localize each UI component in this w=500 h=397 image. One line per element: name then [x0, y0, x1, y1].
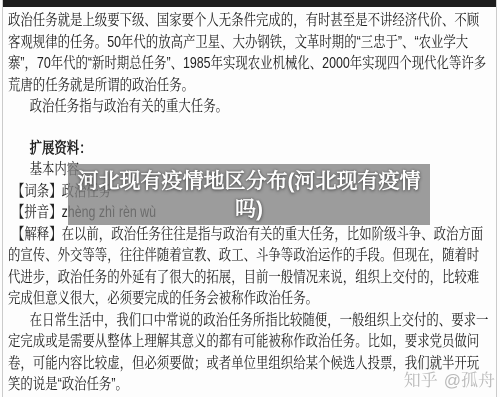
- heading-expanded-info: 扩展资料：: [8, 138, 490, 160]
- page-right-border: [496, 0, 497, 397]
- page-left-border: [2, 0, 3, 397]
- paragraph-explanation: 【解释】在以前，政治任务往往是指与政治有关的重大任务，比如阶级斗争、政治方面的宣…: [8, 224, 490, 310]
- window-top-bar: [3, 0, 497, 7]
- watermark-brand: 知乎: [404, 371, 438, 390]
- article-page: 政治任务就是上级要下级、国家要个人无条件完成的，有时甚至是不讲经济代价、不顾客观…: [0, 0, 500, 397]
- overlay-title-text: 河北现有疫情地区分布(河北现有疫情吗): [74, 168, 424, 224]
- watermark-author: @孤舟: [444, 371, 495, 390]
- paragraph-intro: 政治任务就是上级要下级、国家要个人无条件完成的，有时甚至是不讲经济代价、不顾客观…: [8, 10, 490, 96]
- paragraph-definition: 政治任务指与政治有关的重大任务。: [8, 96, 490, 118]
- overlay-title-banner: 河北现有疫情地区分布(河北现有疫情吗): [68, 164, 430, 225]
- zhihu-watermark: 知乎@孤舟: [404, 366, 495, 391]
